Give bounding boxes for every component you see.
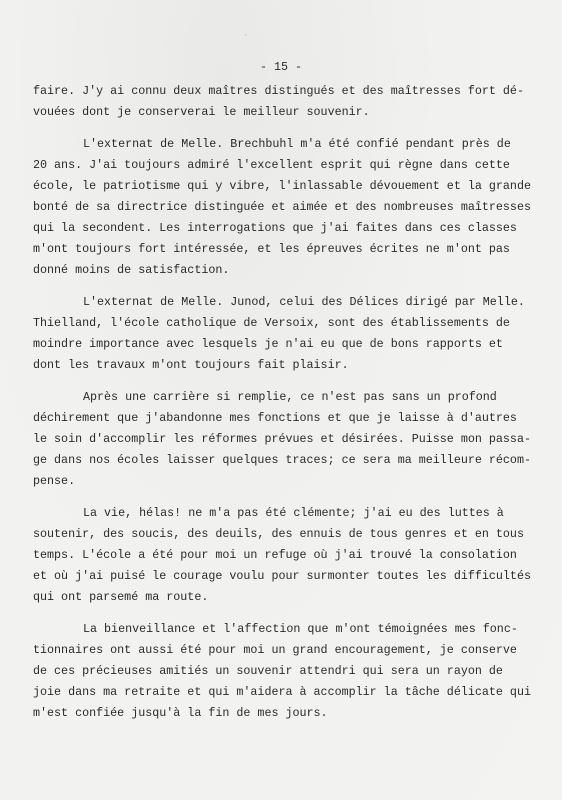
paragraph-first-line: L'externat de Melle. Brechbuhl m'a été c… — [83, 137, 511, 151]
text-line: bonté de sa directrice distinguée et aim… — [33, 200, 531, 214]
document-page: ʾ - 15 - faire. J'y ai connu deux maître… — [0, 0, 562, 800]
text-line: moindre importance avec lesquels je n'ai… — [33, 337, 503, 351]
text-line: qui la secondent. Les interrogations que… — [33, 221, 517, 235]
text-line: qui ont parsemé ma route. — [33, 590, 208, 604]
text-line: déchirement que j'abandonne mes fonction… — [33, 411, 517, 425]
text-line: Thielland, l'école catholique de Versoix… — [33, 316, 510, 330]
text-line: m'ont toujours fort intéressée, et les é… — [33, 242, 510, 256]
text-line: et où j'ai puisé le courage voulu pour s… — [33, 569, 531, 583]
stray-mark: ʾ — [243, 34, 248, 44]
text-line: pense. — [33, 474, 75, 488]
text-line: le soin d'accomplir les réformes prévues… — [33, 432, 531, 446]
text-line: m'est confiée jusqu'à la fin de mes jour… — [33, 706, 328, 720]
text-line: tionnaires ont aussi été pour moi un gra… — [33, 643, 517, 657]
paragraph-first-line: L'externat de Melle. Junod, celui des Dé… — [83, 295, 525, 309]
text-line: soutenir, des soucis, des deuils, des en… — [33, 527, 524, 541]
text-line: vouées dont je conserverai le meilleur s… — [33, 105, 370, 119]
text-line: école, le patriotisme qui y vibre, l'inl… — [33, 179, 531, 193]
text-line: faire. J'y ai connu deux maîtres disting… — [33, 84, 524, 98]
text-line: 20 ans. J'ai toujours admiré l'excellent… — [33, 158, 510, 172]
page-number: - 15 - — [0, 60, 562, 74]
paragraph-first-line: La bienveillance et l'affection que m'on… — [83, 622, 518, 636]
text-line: dont les travaux m'ont toujours fait pla… — [33, 358, 349, 372]
text-line: ge dans nos écoles laisser quelques trac… — [33, 453, 531, 467]
text-line: donné moins de satisfaction. — [33, 263, 229, 277]
paragraph-first-line: Après une carrière si remplie, ce n'est … — [83, 390, 497, 404]
text-line: de ces précieuses amitiés un souvenir at… — [33, 664, 503, 678]
text-line: joie dans ma retraite et qui m'aidera à … — [33, 685, 531, 699]
text-line: temps. L'école a été pour moi un refuge … — [33, 548, 517, 562]
paragraph-first-line: La vie, hélas! ne m'a pas été clémente; … — [83, 506, 504, 520]
